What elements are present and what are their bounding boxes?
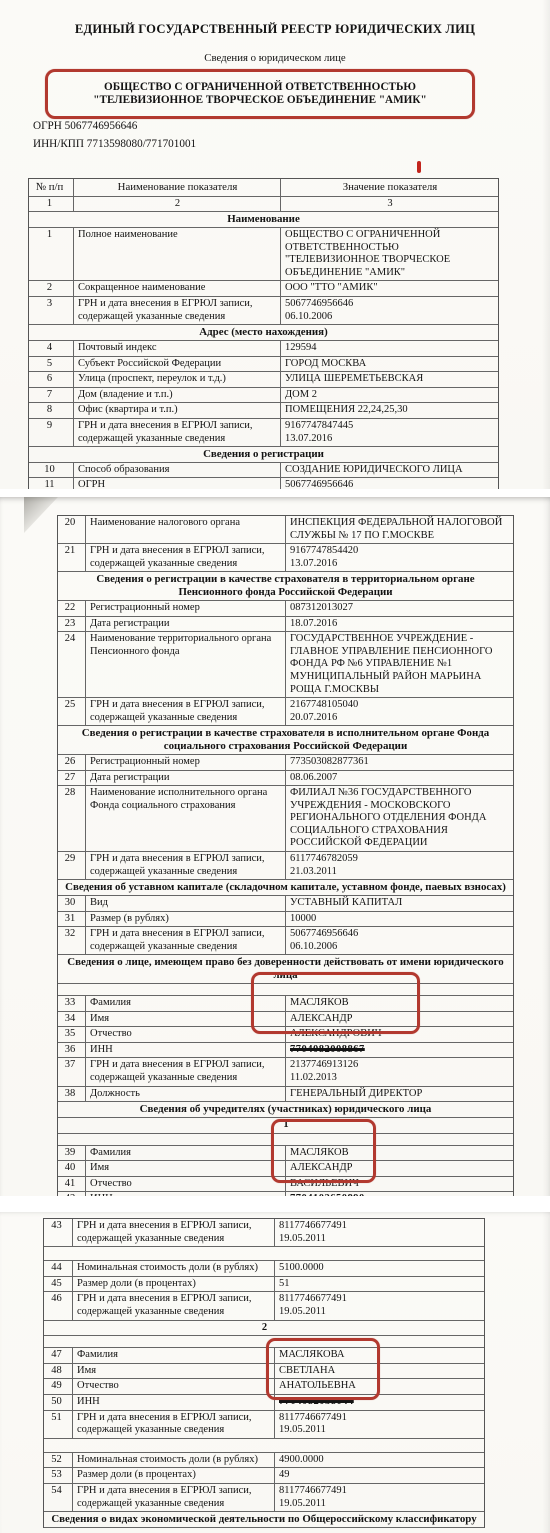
row-value-cell: 773503082877361 <box>286 755 513 770</box>
row-value-cell: УСТАВНЫЙ КАПИТАЛ <box>286 896 513 911</box>
row-label-cell: Отчество <box>86 1177 286 1192</box>
table-row: 10Способ образованияСОЗДАНИЕ ЮРИДИЧЕСКОГ… <box>29 463 498 479</box>
row-number-cell: 22 <box>58 601 86 616</box>
section-title: Сведения о видах экономической деятельно… <box>44 1512 484 1527</box>
table-row: 48ИмяСВЕТЛАНА <box>44 1364 484 1380</box>
table-row: 7Дом (владение и т.п.)ДОМ 2 <box>29 388 498 404</box>
table-row: 33ФамилияМАСЛЯКОВ <box>58 996 513 1012</box>
row-label-cell: Субъект Российской Федерации <box>74 357 281 372</box>
section-title: Наименование <box>29 212 498 227</box>
row-label-cell: Вид <box>86 896 286 911</box>
section-title: Сведения о регистрации <box>29 447 498 462</box>
row-number-cell: 23 <box>58 617 86 632</box>
row-number-cell: 46 <box>44 1292 73 1319</box>
row-value-cell: АЛЕКСАНДРОВИЧ <box>286 1027 513 1042</box>
table-row: 3ГРН и дата внесения в ЕГРЮЛ записи, сод… <box>29 297 498 325</box>
table-row: 39ФамилияМАСЛЯКОВ <box>58 1146 513 1162</box>
table-row: 38ДолжностьГЕНЕРАЛЬНЫЙ ДИРЕКТОР <box>58 1087 513 1103</box>
row-value-cell: 08.06.2007 <box>286 771 513 786</box>
row-number-cell: 2 <box>29 281 74 296</box>
row-number-cell: 31 <box>58 912 86 927</box>
row-label-cell: ГРН и дата внесения в ЕГРЮЛ записи, соде… <box>73 1292 275 1319</box>
paper-edge-shade <box>542 1212 550 1533</box>
row-number-cell: 32 <box>58 927 86 954</box>
row-number-cell: 1 <box>29 228 74 280</box>
row-value-cell: ОБЩЕСТВО С ОГРАНИЧЕННОЙ ОТВЕТСТВЕННОСТЬЮ… <box>281 228 498 280</box>
row-number-cell: 36 <box>58 1043 86 1058</box>
row-label-cell: ГРН и дата внесения в ЕГРЮЛ записи, соде… <box>86 852 286 879</box>
row-label-cell: Фамилия <box>86 996 286 1011</box>
row-value-cell: 6117746782059 21.03.2011 <box>286 852 513 879</box>
table-row: 24Наименование территориального органа П… <box>58 632 513 698</box>
row-number-cell: 7 <box>29 388 74 403</box>
scan-segment-3: 43ГРН и дата внесения в ЕГРЮЛ записи, со… <box>0 1212 550 1533</box>
row-value-cell: УЛИЦА ШЕРЕМЕТЬЕВСКАЯ <box>281 372 498 387</box>
row-number-cell: 44 <box>44 1261 73 1276</box>
section-header-row: Сведения об уставном капитале (складочно… <box>58 880 513 896</box>
row-number-cell: 6 <box>29 372 74 387</box>
row-number-cell: 52 <box>44 1453 73 1468</box>
row-number-cell: № п/п <box>29 179 74 196</box>
row-value-cell: ДОМ 2 <box>281 388 498 403</box>
table-row: 53Размер доли (в процентах)49 <box>44 1468 484 1484</box>
row-value-cell: ГОСУДАРСТВЕННОЕ УЧРЕЖДЕНИЕ - ГЛАВНОЕ УПР… <box>286 632 513 697</box>
section-header-row: Сведения о видах экономической деятельно… <box>44 1512 484 1528</box>
row-value-cell: МАСЛЯКОВА <box>275 1348 484 1363</box>
table-row: 40ИмяАЛЕКСАНДР <box>58 1161 513 1177</box>
row-number-cell: 47 <box>44 1348 73 1363</box>
section-title: Сведения о лице, имеющем право без довер… <box>58 955 513 983</box>
row-number-cell: 54 <box>44 1484 73 1511</box>
inn-kpp-line: ИНН/КПП 7713598080/771701001 <box>33 138 196 150</box>
row-number-cell: 42 <box>58 1192 86 1196</box>
row-value-cell: 5100.0000 <box>275 1261 484 1276</box>
row-number-cell: 33 <box>58 996 86 1011</box>
section-header-row: Сведения об учредителях (участниках) юри… <box>58 1102 513 1118</box>
table-row: 5Субъект Российской ФедерацииГОРОД МОСКВ… <box>29 357 498 373</box>
row-label-cell: Должность <box>86 1087 286 1102</box>
row-value-cell: 10000 <box>286 912 513 927</box>
row-label-cell: Наименование налогового органа <box>86 516 286 543</box>
founder-index: 1 <box>58 1118 513 1133</box>
row-value-cell: МАСЛЯКОВ <box>286 1146 513 1161</box>
row-value-cell: ГЕНЕРАЛЬНЫЙ ДИРЕКТОР <box>286 1087 513 1102</box>
section-header-row: Сведения о регистрации в качестве страхо… <box>58 572 513 601</box>
row-label-cell: Размер доли (в процентах) <box>73 1468 275 1483</box>
table-row: 1Полное наименованиеОБЩЕСТВО С ОГРАНИЧЕН… <box>29 228 498 281</box>
row-label-cell: Имя <box>73 1364 275 1379</box>
company-name-box: ОБЩЕСТВО С ОГРАНИЧЕННОЙ ОТВЕТСТВЕННОСТЬЮ… <box>45 69 475 119</box>
row-label-cell: Имя <box>86 1012 286 1027</box>
row-label-cell: Наименование территориального органа Пен… <box>86 632 286 697</box>
row-value-cell: ИНСПЕКЦИЯ ФЕДЕРАЛЬНОЙ НАЛОГОВОЙ СЛУЖБЫ №… <box>286 516 513 543</box>
row-number-cell: 37 <box>58 1058 86 1085</box>
section-header-row: Наименование <box>29 212 498 228</box>
row-label-cell: ГРН и дата внесения в ЕГРЮЛ записи, соде… <box>73 1219 275 1246</box>
row-number-cell: 34 <box>58 1012 86 1027</box>
row-number-cell: 24 <box>58 632 86 697</box>
row-value-cell: 7704082038044 <box>275 1395 484 1410</box>
table-row: 42ИНН7704102650890 <box>58 1192 513 1196</box>
row-number-cell: 49 <box>44 1379 73 1394</box>
table-row: 26Регистрационный номер773503082877361 <box>58 755 513 771</box>
scan-segment-1: ЕДИНЫЙ ГОСУДАРСТВЕННЫЙ РЕЕСТР ЮРИДИЧЕСКИ… <box>0 0 550 489</box>
section-header-row: Сведения о регистрации <box>29 447 498 463</box>
row-value-cell: 087312013027 <box>286 601 513 616</box>
row-label-cell: ГРН и дата внесения в ЕГРЮЛ записи, соде… <box>73 1484 275 1511</box>
row-value-cell: 7704102650890 <box>286 1192 513 1196</box>
paper-edge-shade <box>542 497 550 1196</box>
row-label-cell: ИНН <box>86 1043 286 1058</box>
table-row: 27Дата регистрации08.06.2007 <box>58 771 513 787</box>
row-value-cell: ФИЛИАЛ №36 ГОСУДАРСТВЕННОГО УЧРЕЖДЕНИЯ -… <box>286 786 513 851</box>
table-row: 20Наименование налогового органаИНСПЕКЦИ… <box>58 516 513 544</box>
row-label-cell: ОГРН <box>74 478 281 489</box>
row-label-cell: ГРН и дата внесения в ЕГРЮЛ записи, соде… <box>86 927 286 954</box>
row-number-cell: 4 <box>29 341 74 356</box>
row-number-cell: 9 <box>29 419 74 446</box>
row-label-cell: Офис (квартира и т.п.) <box>74 403 281 418</box>
table-row: 23Дата регистрации18.07.2016 <box>58 617 513 633</box>
row-value-cell: АЛЕКСАНДР <box>286 1012 513 1027</box>
row-value-cell: 49 <box>275 1468 484 1483</box>
row-value-cell: 9167747847445 13.07.2016 <box>281 419 498 446</box>
row-label-cell: Отчество <box>73 1379 275 1394</box>
row-value-cell: АНАТОЛЬЕВНА <box>275 1379 484 1394</box>
row-label-cell: Сокращенное наименование <box>74 281 281 296</box>
table-row: 44Номинальная стоимость доли (в рублях)5… <box>44 1261 484 1277</box>
row-value-cell: 2167748105040 20.07.2016 <box>286 698 513 725</box>
row-value-cell: ООО "ТТО "АМИК" <box>281 281 498 296</box>
registry-table-1: № п/пНаименование показателяЗначение пок… <box>28 178 499 489</box>
row-number-cell: 21 <box>58 544 86 571</box>
table-row: 41ОтчествоВАСИЛЬЕВИЧ <box>58 1177 513 1193</box>
row-value-cell: 8117746677491 19.05.2011 <box>275 1219 484 1246</box>
table-row: 6Улица (проспект, переулок и т.д.)УЛИЦА … <box>29 372 498 388</box>
table-row: 35ОтчествоАЛЕКСАНДРОВИЧ <box>58 1027 513 1043</box>
row-value-cell: СОЗДАНИЕ ЮРИДИЧЕСКОГО ЛИЦА <box>281 463 498 478</box>
table-row: 51ГРН и дата внесения в ЕГРЮЛ записи, со… <box>44 1411 484 1439</box>
row-number-cell: 35 <box>58 1027 86 1042</box>
row-value-cell: СВЕТЛАНА <box>275 1364 484 1379</box>
row-value-cell: ВАСИЛЬЕВИЧ <box>286 1177 513 1192</box>
row-value-cell: Значение показателя <box>281 179 498 196</box>
row-number-cell: 27 <box>58 771 86 786</box>
row-label-cell: Наименование показателя <box>74 179 281 196</box>
row-value-cell: 8117746677491 19.05.2011 <box>275 1292 484 1319</box>
row-number-cell: 51 <box>44 1411 73 1438</box>
row-label-cell: Полное наименование <box>74 228 281 280</box>
row-number-cell: 43 <box>44 1219 73 1246</box>
table-row: 46ГРН и дата внесения в ЕГРЮЛ записи, со… <box>44 1292 484 1320</box>
section-title: Сведения об учредителях (участниках) юри… <box>58 1102 513 1117</box>
row-label-cell: 2 <box>74 197 281 212</box>
table-row: 54ГРН и дата внесения в ЕГРЮЛ записи, со… <box>44 1484 484 1512</box>
row-number-cell: 11 <box>29 478 74 489</box>
row-number-cell: 26 <box>58 755 86 770</box>
row-label-cell: ГРН и дата внесения в ЕГРЮЛ записи, соде… <box>86 544 286 571</box>
row-value-cell: 51 <box>275 1277 484 1292</box>
row-label-cell: Дом (владение и т.п.) <box>74 388 281 403</box>
row-value-cell: ПОМЕЩЕНИЯ 22,24,25,30 <box>281 403 498 418</box>
table-row: 25ГРН и дата внесения в ЕГРЮЛ записи, со… <box>58 698 513 726</box>
section-title: Сведения о регистрации в качестве страхо… <box>58 572 513 600</box>
row-label-cell: Отчество <box>86 1027 286 1042</box>
row-label-cell: ИНН <box>86 1192 286 1196</box>
row-label-cell: Улица (проспект, переулок и т.д.) <box>74 372 281 387</box>
row-label-cell: Регистрационный номер <box>86 601 286 616</box>
row-label-cell: ИНН <box>73 1395 275 1410</box>
row-value-cell: 7704082008867 <box>286 1043 513 1058</box>
row-value-cell: 4900.0000 <box>275 1453 484 1468</box>
table-header-row: № п/пНаименование показателяЗначение пок… <box>29 179 498 197</box>
table-row: 9ГРН и дата внесения в ЕГРЮЛ записи, сод… <box>29 419 498 447</box>
page-subtitle: Сведения о юридическом лице <box>0 52 550 64</box>
scanned-egrul-extract: { "document": { "title": "ЕДИНЫЙ ГОСУДАР… <box>0 0 550 1533</box>
row-label-cell: ГРН и дата внесения в ЕГРЮЛ записи, соде… <box>86 1058 286 1085</box>
row-label-cell: ГРН и дата внесения в ЕГРЮЛ записи, соде… <box>74 419 281 446</box>
table-row: 37ГРН и дата внесения в ЕГРЮЛ записи, со… <box>58 1058 513 1086</box>
row-value-cell: МАСЛЯКОВ <box>286 996 513 1011</box>
row-label-cell: Наименование исполнительного органа Фонд… <box>86 786 286 851</box>
table-row: 45Размер доли (в процентах)51 <box>44 1277 484 1293</box>
table-row: 28Наименование исполнительного органа Фо… <box>58 786 513 852</box>
registry-table-3: 43ГРН и дата внесения в ЕГРЮЛ записи, со… <box>43 1218 485 1528</box>
row-value-cell: 8117746677491 19.05.2011 <box>275 1484 484 1511</box>
registry-table-2: 20Наименование налогового органаИНСПЕКЦИ… <box>57 515 514 1196</box>
row-number-cell: 39 <box>58 1146 86 1161</box>
table-row: 11ОГРН5067746956646 <box>29 478 498 489</box>
empty-row <box>58 984 513 996</box>
row-label-cell: Имя <box>86 1161 286 1176</box>
row-number-cell: 8 <box>29 403 74 418</box>
section-title: Адрес (место нахождения) <box>29 325 498 340</box>
section-header-row: Сведения о регистрации в качестве страхо… <box>58 726 513 755</box>
row-value-cell: 5067746956646 <box>281 478 498 489</box>
row-value-cell: 5067746956646 06.10.2006 <box>286 927 513 954</box>
row-label-cell: Почтовый индекс <box>74 341 281 356</box>
empty-row <box>58 1134 513 1146</box>
table-row: 47ФамилияМАСЛЯКОВА <box>44 1348 484 1364</box>
table-row: 22Регистрационный номер087312013027 <box>58 601 513 617</box>
row-label-cell: ГРН и дата внесения в ЕГРЮЛ записи, соде… <box>86 698 286 725</box>
row-number-cell: 1 <box>29 197 74 212</box>
scan-segment-2: 20Наименование налогового органаИНСПЕКЦИ… <box>0 497 550 1196</box>
row-label-cell: Номинальная стоимость доли (в рублях) <box>73 1261 275 1276</box>
row-label-cell: Фамилия <box>86 1146 286 1161</box>
section-header-row: Сведения о лице, имеющем право без довер… <box>58 955 513 984</box>
row-number-cell: 3 <box>29 297 74 324</box>
section-title: Сведения о регистрации в качестве страхо… <box>58 726 513 754</box>
red-tick-mark <box>417 161 421 173</box>
section-header-row: Адрес (место нахождения) <box>29 325 498 341</box>
table-row: 30ВидУСТАВНЫЙ КАПИТАЛ <box>58 896 513 912</box>
row-label-cell: Размер доли (в процентах) <box>73 1277 275 1292</box>
table-header-row: 123 <box>29 197 498 213</box>
table-row: 21ГРН и дата внесения в ЕГРЮЛ записи, со… <box>58 544 513 572</box>
table-row: 29ГРН и дата внесения в ЕГРЮЛ записи, со… <box>58 852 513 880</box>
table-row: 36ИНН7704082008867 <box>58 1043 513 1059</box>
page-corner-shadow <box>24 497 58 533</box>
table-row: 31Размер (в рублях)10000 <box>58 912 513 928</box>
section-title: Сведения об уставном капитале (складочно… <box>58 880 513 895</box>
row-label-cell: ГРН и дата внесения в ЕГРЮЛ записи, соде… <box>74 297 281 324</box>
row-value-cell: 8117746677491 19.05.2011 <box>275 1411 484 1438</box>
table-row: 8Офис (квартира и т.п.)ПОМЕЩЕНИЯ 22,24,2… <box>29 403 498 419</box>
table-row: 4Почтовый индекс129594 <box>29 341 498 357</box>
row-number-cell: 38 <box>58 1087 86 1102</box>
row-label-cell: Размер (в рублях) <box>86 912 286 927</box>
row-number-cell: 41 <box>58 1177 86 1192</box>
row-label-cell: Дата регистрации <box>86 771 286 786</box>
row-number-cell: 53 <box>44 1468 73 1483</box>
row-number-cell: 45 <box>44 1277 73 1292</box>
table-row: 32ГРН и дата внесения в ЕГРЮЛ записи, со… <box>58 927 513 955</box>
paper-edge-shade <box>542 0 550 489</box>
founder-index-row: 2 <box>44 1321 484 1337</box>
founder-index-row: 1 <box>58 1118 513 1134</box>
row-label-cell: Регистрационный номер <box>86 755 286 770</box>
row-value-cell: 2137746913126 11.02.2013 <box>286 1058 513 1085</box>
row-number-cell: 50 <box>44 1395 73 1410</box>
row-number-cell: 30 <box>58 896 86 911</box>
row-value-cell: 3 <box>281 197 498 212</box>
empty-row <box>44 1336 484 1348</box>
row-label-cell: ГРН и дата внесения в ЕГРЮЛ записи, соде… <box>73 1411 275 1438</box>
row-value-cell: ГОРОД МОСКВА <box>281 357 498 372</box>
row-value-cell: 9167747854420 13.07.2016 <box>286 544 513 571</box>
empty-row <box>44 1439 484 1453</box>
ogrn-line: ОГРН 5067746956646 <box>33 120 137 132</box>
row-label-cell: Фамилия <box>73 1348 275 1363</box>
row-label-cell: Номинальная стоимость доли (в рублях) <box>73 1453 275 1468</box>
row-label-cell: Дата регистрации <box>86 617 286 632</box>
row-value-cell: 5067746956646 06.10.2006 <box>281 297 498 324</box>
row-label-cell: Способ образования <box>74 463 281 478</box>
row-number-cell: 48 <box>44 1364 73 1379</box>
table-row: 50ИНН7704082038044 <box>44 1395 484 1411</box>
row-value-cell: 129594 <box>281 341 498 356</box>
row-number-cell: 28 <box>58 786 86 851</box>
row-number-cell: 10 <box>29 463 74 478</box>
row-number-cell: 29 <box>58 852 86 879</box>
row-value-cell: 18.07.2016 <box>286 617 513 632</box>
page-title: ЕДИНЫЙ ГОСУДАРСТВЕННЫЙ РЕЕСТР ЮРИДИЧЕСКИ… <box>0 22 550 37</box>
founder-index: 2 <box>44 1321 484 1336</box>
empty-row <box>44 1247 484 1261</box>
table-row: 34ИмяАЛЕКСАНДР <box>58 1012 513 1028</box>
table-row: 49ОтчествоАНАТОЛЬЕВНА <box>44 1379 484 1395</box>
company-name: ОБЩЕСТВО С ОГРАНИЧЕННОЙ ОТВЕТСТВЕННОСТЬЮ… <box>48 81 472 108</box>
row-number-cell: 40 <box>58 1161 86 1176</box>
table-row: 2Сокращенное наименованиеООО "ТТО "АМИК" <box>29 281 498 297</box>
row-number-cell: 5 <box>29 357 74 372</box>
row-number-cell: 20 <box>58 516 86 543</box>
table-row: 52Номинальная стоимость доли (в рублях)4… <box>44 1453 484 1469</box>
row-value-cell: АЛЕКСАНДР <box>286 1161 513 1176</box>
table-row: 43ГРН и дата внесения в ЕГРЮЛ записи, со… <box>44 1219 484 1247</box>
row-number-cell: 25 <box>58 698 86 725</box>
